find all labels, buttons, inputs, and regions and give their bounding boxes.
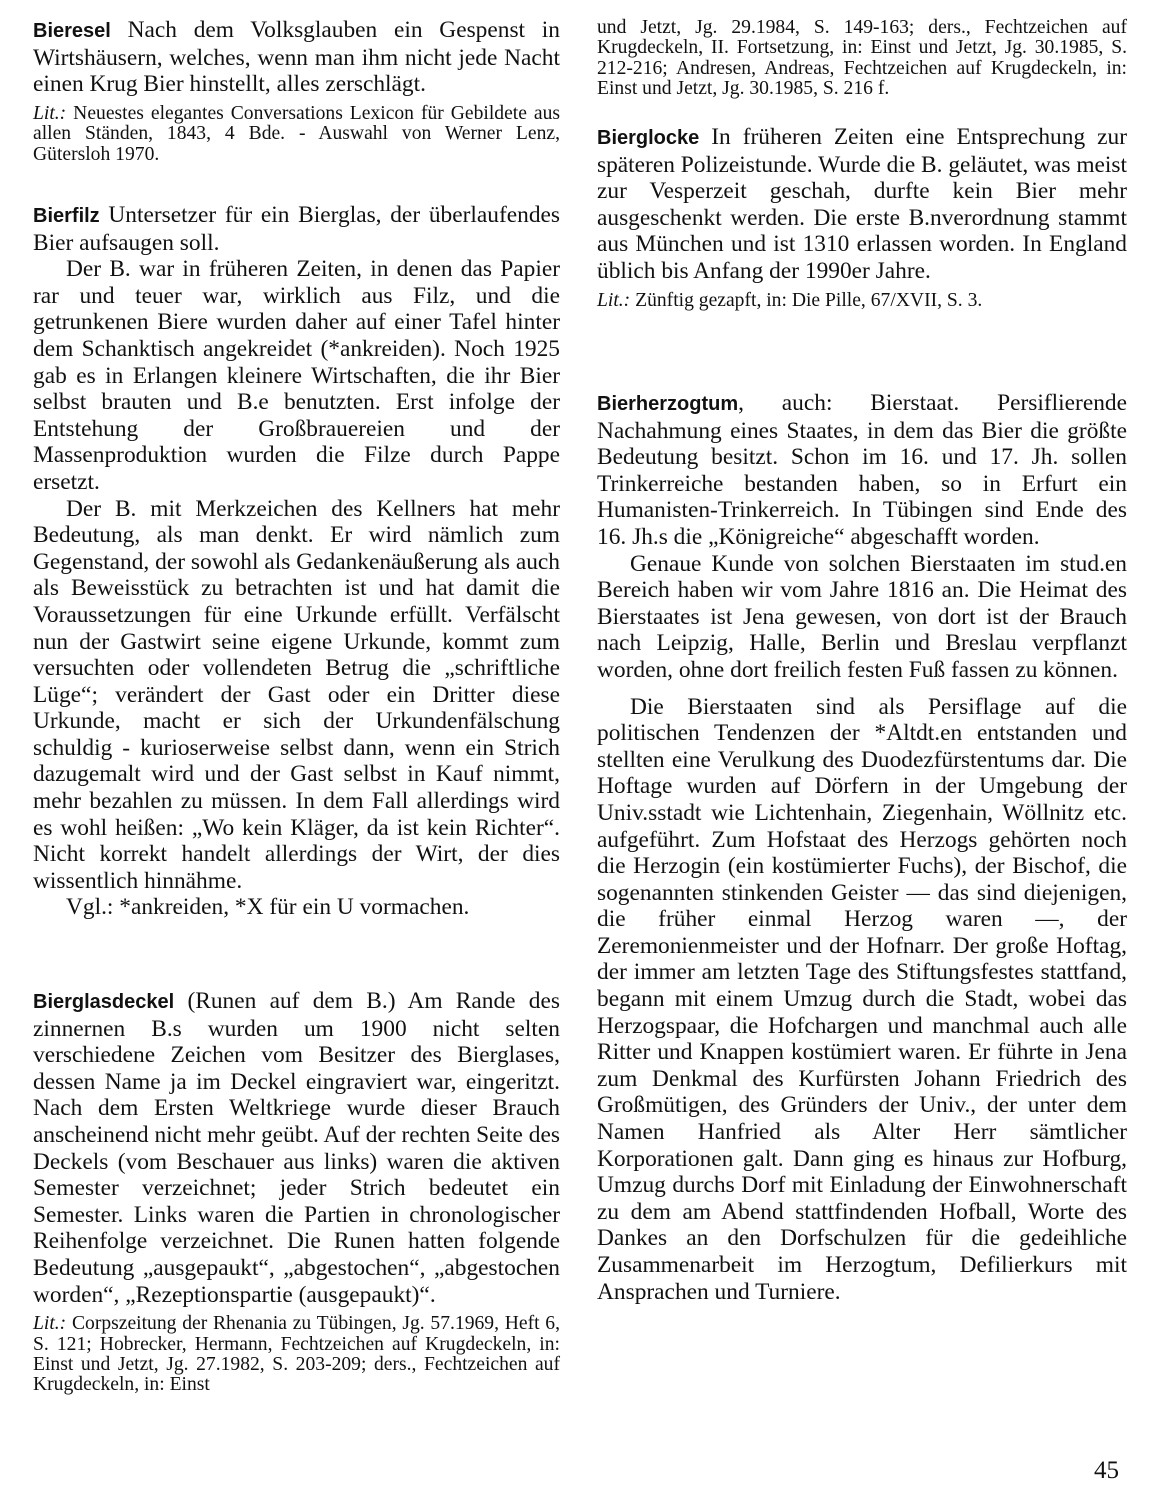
entry-bierfilz: Bierfilz Untersetzer für ein Bierglas, d… — [33, 202, 560, 921]
entry-bierglasdeckel: Bierglasdeckel (Runen auf dem B.) Am Ran… — [33, 988, 560, 1396]
literature: Lit.: Neuestes elegantes Conversations L… — [33, 104, 560, 165]
headword: Bierfilz — [33, 205, 100, 227]
headword: Bierherzogtum — [597, 393, 738, 415]
entry-body: Bierherzogtum, auch: Bierstaat. Persifli… — [597, 390, 1127, 551]
paragraph: Der B. mit Merkzeichen des Kellners hat … — [33, 496, 560, 895]
headword: Bieresel — [33, 20, 111, 42]
entry-body: Bierfilz Untersetzer für ein Bierglas, d… — [33, 202, 560, 256]
literature: Lit.: Zünftig gezapft, in: Die Pille, 67… — [597, 291, 1127, 311]
literature: Lit.: Corpszeitung der Rhenania zu Tübin… — [33, 1314, 560, 1396]
entry-body: Bierglasdeckel (Runen auf dem B.) Am Ran… — [33, 988, 560, 1308]
headword: Bierglocke — [597, 127, 699, 149]
paragraph: Genaue Kunde von solchen Bierstaaten im … — [597, 551, 1127, 684]
see-also: Vgl.: *ankreiden, *X für ein U vormachen… — [33, 894, 560, 921]
entry-bierglocke: Bierglocke In früheren Zeiten eine Entsp… — [597, 124, 1127, 311]
page-number: 45 — [1094, 1457, 1119, 1485]
paragraph: Der B. war in früheren Zeiten, in denen … — [33, 256, 560, 495]
entry-body: Bierglocke In früheren Zeiten eine Entsp… — [597, 124, 1127, 285]
entry-bierherzogtum: Bierherzogtum, auch: Bierstaat. Persifli… — [597, 390, 1127, 1305]
literature-continuation: und Jetzt, Jg. 29.1984, S. 149-163; ders… — [597, 18, 1127, 100]
paragraph: Die Bierstaaten sind als Persiflage auf … — [597, 694, 1127, 1306]
headword: Bierglasdeckel — [33, 991, 174, 1013]
entry-bieresel: Bieresel Nach dem Volksglauben ein Gespe… — [33, 17, 560, 165]
entry-body: Bieresel Nach dem Volksglauben ein Gespe… — [33, 17, 560, 98]
